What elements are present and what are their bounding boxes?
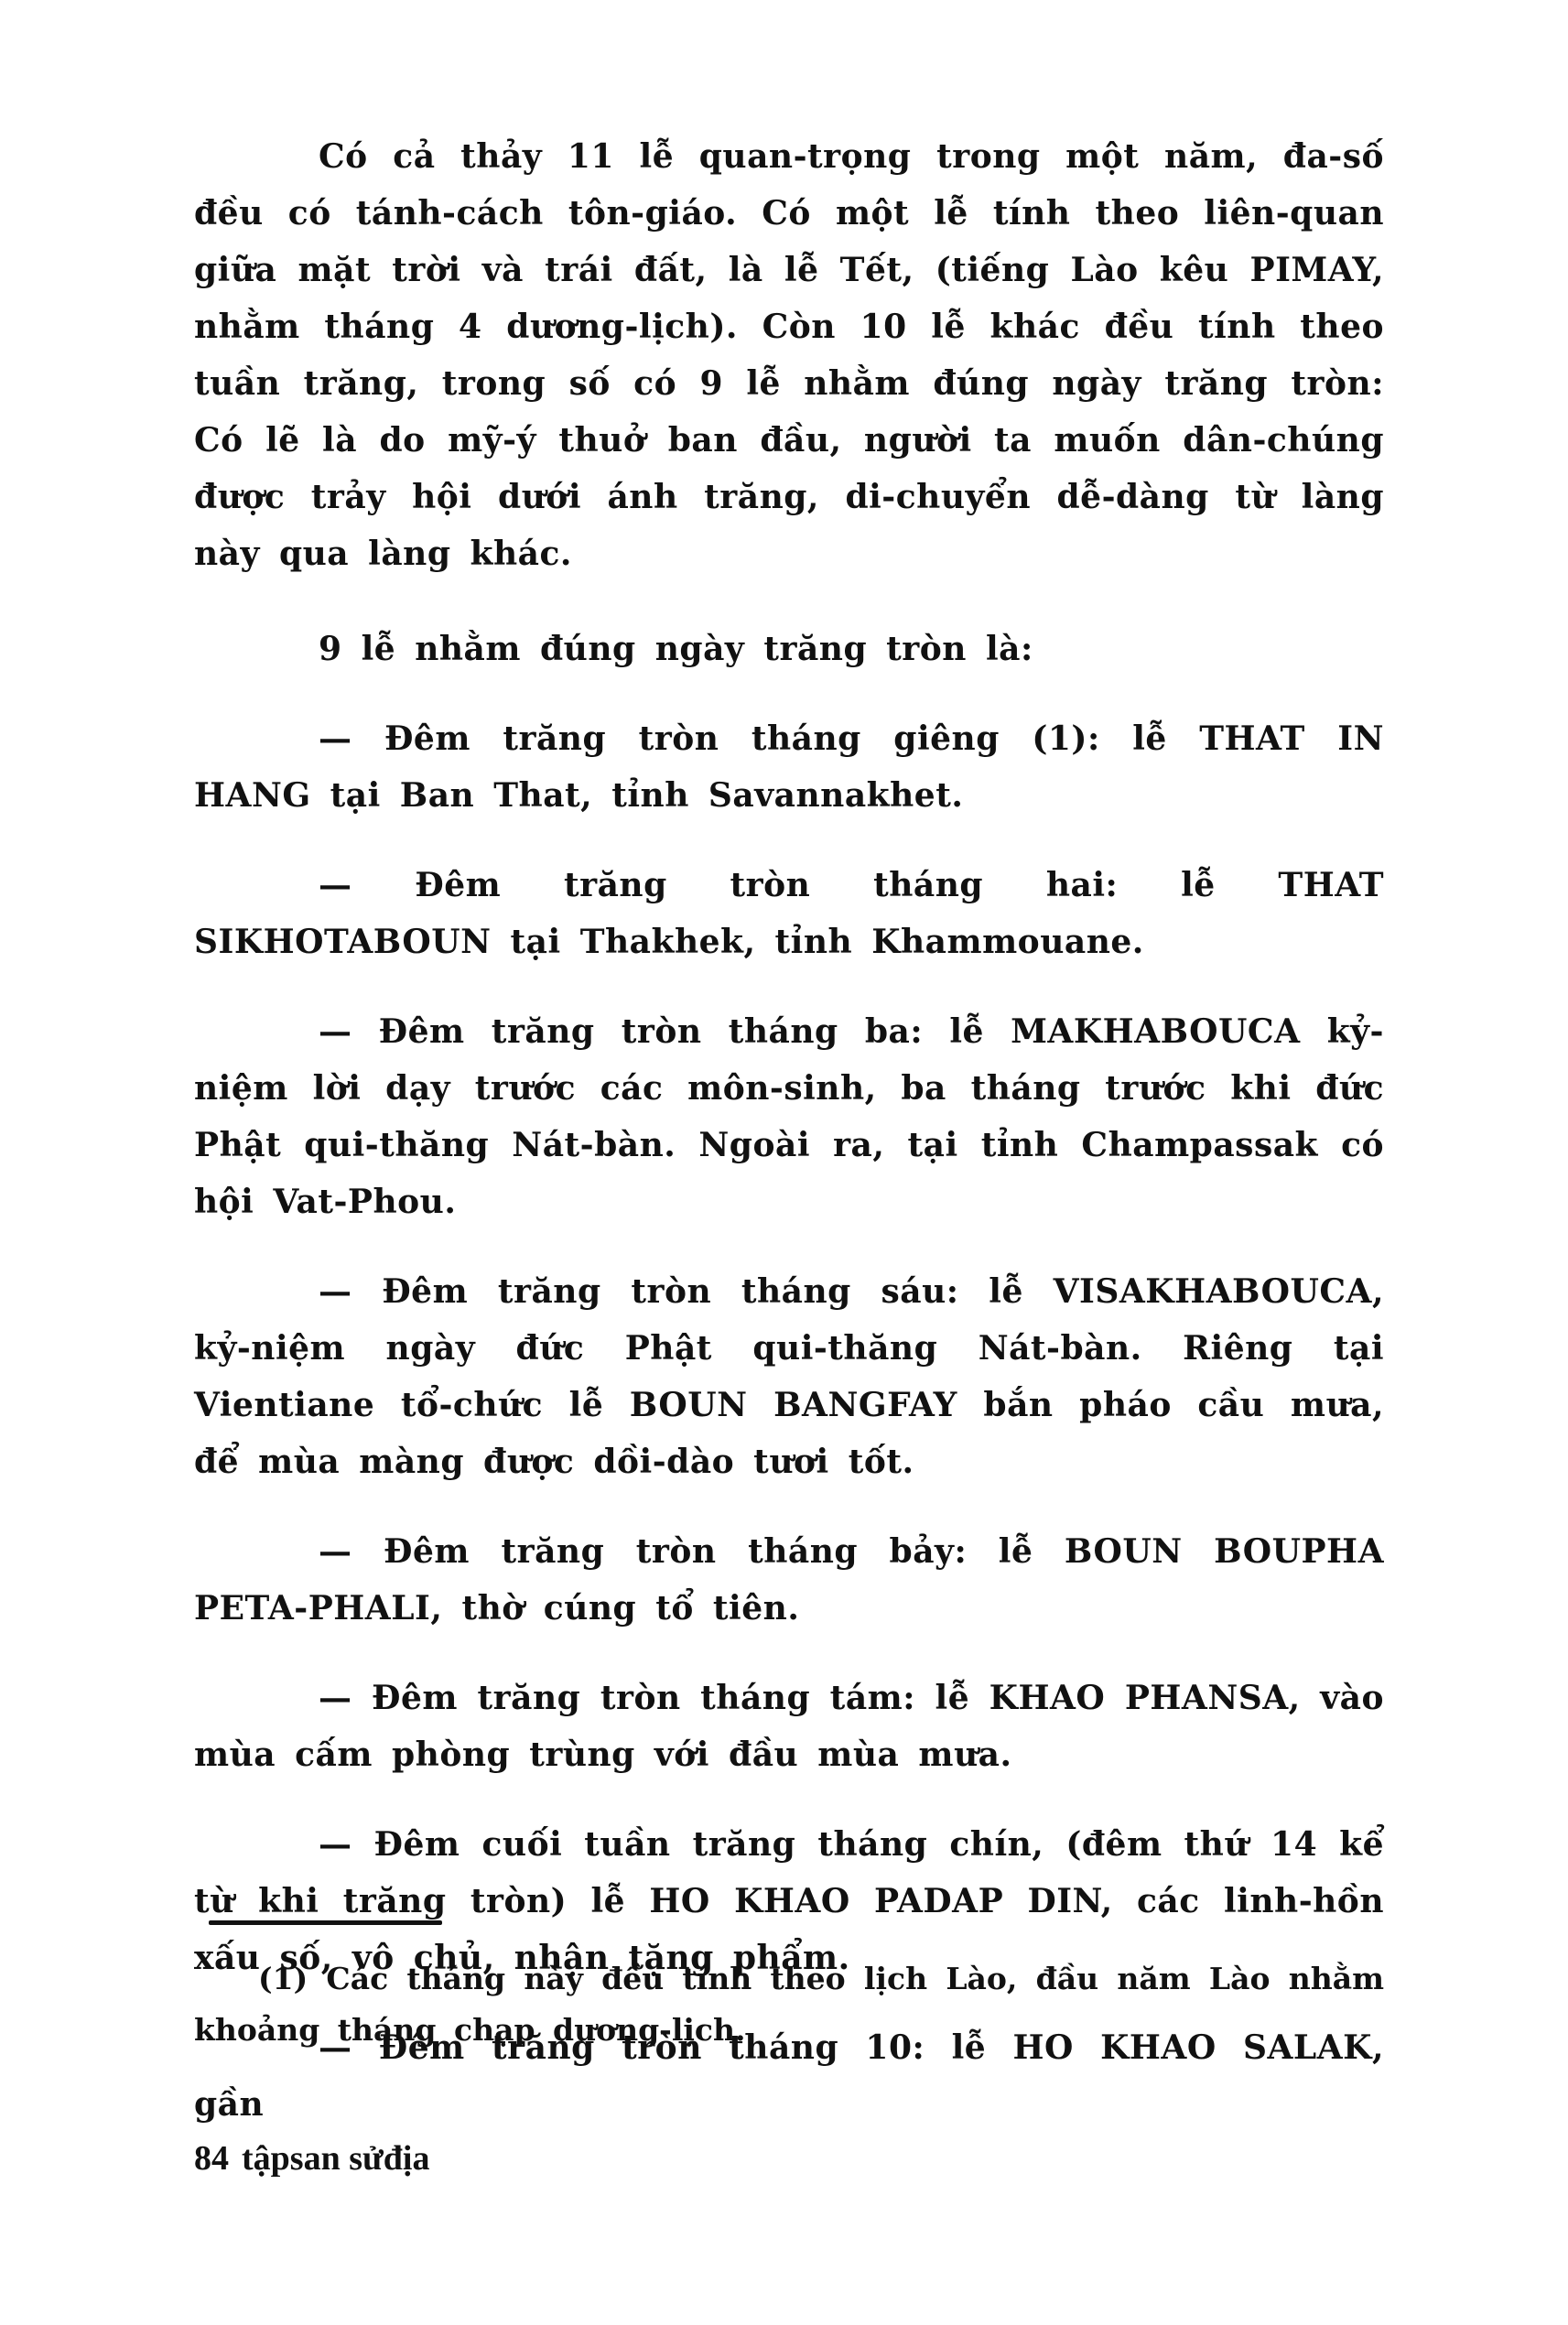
festival-item-6: — Đêm trăng tròn tháng sáu: lễ VISAKHABO… bbox=[194, 1263, 1384, 1490]
footnote: (1) Các tháng này đều tính theo lịch Lào… bbox=[194, 1953, 1384, 2056]
footnote-divider bbox=[209, 1920, 442, 1925]
festival-list-heading: 9 lễ nhằm đúng ngày trăng tròn là: bbox=[194, 621, 1384, 677]
festival-item-7: — Đêm trăng tròn tháng bảy: lễ BOUN BOUP… bbox=[194, 1523, 1384, 1637]
page-body: Có cả thảy 11 lễ quan-trọng trong một nă… bbox=[194, 128, 1384, 2133]
intro-paragraph: Có cả thảy 11 lễ quan-trọng trong một nă… bbox=[194, 128, 1384, 582]
page-number: 84 bbox=[194, 2139, 229, 2178]
publication-title: tậpsan sửđịa bbox=[242, 2139, 430, 2178]
festival-item-3: — Đêm trăng tròn tháng ba: lễ MAKHABOUCA… bbox=[194, 1003, 1384, 1230]
page-footer: 84tậpsan sửđịa bbox=[194, 2138, 430, 2179]
festival-item-1: — Đêm trăng tròn tháng giêng (1): lễ THA… bbox=[194, 710, 1384, 824]
festival-item-2: — Đêm trăng tròn tháng hai: lễ THAT SIKH… bbox=[194, 857, 1384, 970]
festival-item-8: — Đêm trăng tròn tháng tám: lễ KHAO PHAN… bbox=[194, 1670, 1384, 1783]
